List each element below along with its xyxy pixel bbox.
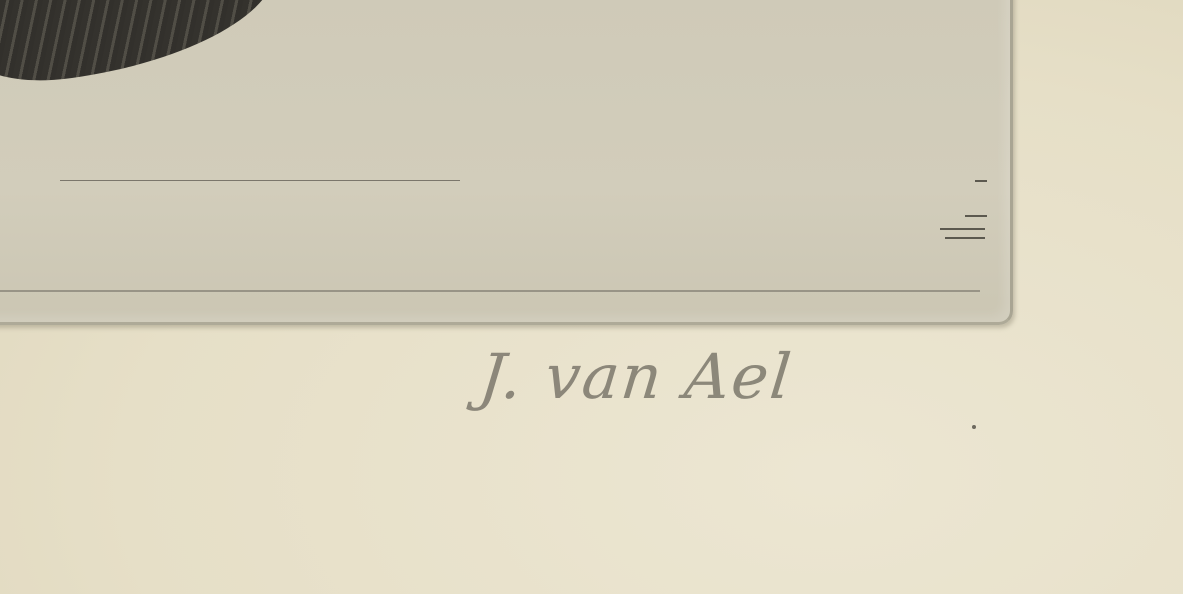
pencil-dot <box>972 425 976 429</box>
etched-plate-area <box>0 0 1013 325</box>
hatch-mark <box>965 215 987 217</box>
plate-edge-line <box>0 290 980 292</box>
hair-detail <box>0 0 287 91</box>
hatch-mark <box>975 180 987 182</box>
hatch-mark <box>940 228 985 230</box>
pencil-signature: J. van Ael <box>476 340 796 413</box>
etched-line <box>60 180 460 181</box>
hatch-mark <box>945 237 985 239</box>
